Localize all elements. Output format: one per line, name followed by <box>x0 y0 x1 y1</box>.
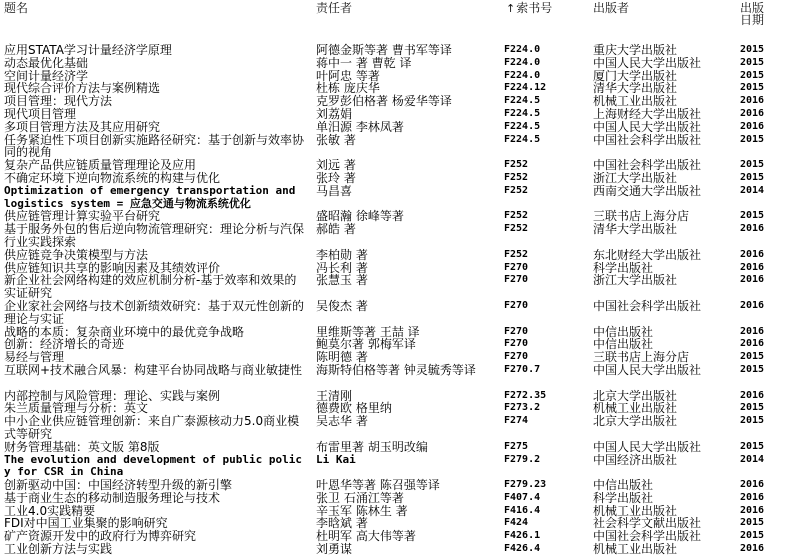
cell-author: 刘勇谋 <box>316 543 501 556</box>
column-header-date[interactable]: 出版日期 <box>740 2 770 26</box>
cell-callno: F252 <box>504 185 589 198</box>
cell-callno: F407.4 <box>504 492 589 505</box>
cell-title[interactable]: Optimization of emergency transportation… <box>4 185 304 211</box>
cell-callno: F274 <box>504 415 589 428</box>
cell-callno: F424 <box>504 517 589 530</box>
column-header-callno-label: 索书号 <box>516 1 552 15</box>
cell-date: 2016 <box>740 390 764 403</box>
cell-callno: F273.2 <box>504 402 589 415</box>
cell-title[interactable]: 创新驱动中国：中国经济转型升级的新引擎 <box>4 479 304 492</box>
cell-publisher: 浙江大学出版社 <box>593 172 733 185</box>
cell-author: 张玲 著 <box>316 172 501 185</box>
cell-date: 2016 <box>740 479 764 492</box>
table-row[interactable]: 互联网+技术融合风暴：构建平台协同战略与商业敏捷性海斯特伯格等著 钟灵毓秀等译F… <box>0 364 799 390</box>
table-row[interactable]: 易经与管理陈明德 著F270三联书店上海分店2015 <box>0 351 799 364</box>
cell-title[interactable]: 新企业社会网络构建的效应机制分析-基于效率和效果的实证研究 <box>4 274 304 300</box>
cell-date: 2015 <box>740 364 764 377</box>
cell-callno: F270 <box>504 326 589 339</box>
table-row[interactable]: Optimization of emergency transportation… <box>0 185 799 211</box>
cell-author: 张卫 石涌江等著 <box>316 492 501 505</box>
cell-author: 李柏勋 著 <box>316 249 501 262</box>
cell-callno: F224.0 <box>504 70 589 83</box>
cell-date: 2016 <box>740 505 764 518</box>
cell-publisher: 机械工业出版社 <box>593 543 733 556</box>
cell-publisher: 中国人民大学出版社 <box>593 57 733 70</box>
cell-title[interactable]: 应用STATA学习计量经济学原理 <box>4 44 304 57</box>
cell-publisher: 中国社会科学出版社 <box>593 300 733 313</box>
cell-title[interactable]: 供应链竞争决策模型与方法 <box>4 249 304 262</box>
cell-callno: F270 <box>504 300 589 313</box>
table-row[interactable]: 基于服务外包的售后逆向物流管理研究：理论分析与汽保行业实践探索郝皓 著F252清… <box>0 223 799 249</box>
cell-publisher: 重庆大学出版社 <box>593 44 733 57</box>
cell-title[interactable]: 现代项目管理 <box>4 108 304 121</box>
cell-date: 2014 <box>740 185 764 198</box>
cell-date: 2016 <box>740 326 764 339</box>
cell-publisher: 浙江大学出版社 <box>593 274 733 287</box>
table-row[interactable]: 矿产资源开发中的政府行为博弈研究杜明军 高大伟等著F426.1中国社会科学出版社… <box>0 530 799 543</box>
cell-date: 2016 <box>740 300 764 313</box>
cell-callno: F224.5 <box>504 121 589 134</box>
cell-callno: F416.4 <box>504 505 589 518</box>
cell-date: 2016 <box>740 223 764 236</box>
cell-date: 2016 <box>740 249 764 262</box>
table-row[interactable]: 动态最优化基础蒋中一 著 曹乾 译F224.0中国人民大学出版社2015 <box>0 57 799 70</box>
cell-date: 2015 <box>740 82 764 95</box>
cell-title[interactable]: 任务紧迫性下项目创新实施路径研究：基于创新与效率协同的视角 <box>4 134 304 160</box>
cell-publisher: 中国经济出版社 <box>593 454 733 467</box>
cell-author: 马昌喜 <box>316 185 501 198</box>
column-header-author[interactable]: 责任者 <box>316 2 352 14</box>
table-row[interactable]: 中小企业供应链管理创新：来自广泰源核动力5.0商业模式等研究吴志华 著F274北… <box>0 415 799 441</box>
cell-callno: F426.1 <box>504 530 589 543</box>
column-header-publisher[interactable]: 出版者 <box>593 2 629 14</box>
cell-author: 张慧玉 著 <box>316 274 501 287</box>
cell-author: 叶恩华等著 陈召强等译 <box>316 479 501 492</box>
cell-date: 2015 <box>740 159 764 172</box>
cell-author: 吴俊杰 著 <box>316 300 501 313</box>
cell-date: 2015 <box>740 70 764 83</box>
cell-date: 2016 <box>740 121 764 134</box>
cell-title[interactable]: 财务管理基础：英文版 第8版 <box>4 441 304 454</box>
cell-callno: F275 <box>504 441 589 454</box>
cell-author: 单汨源 李林凤著 <box>316 121 501 134</box>
cell-author: 蒋中一 著 曹乾 译 <box>316 57 501 70</box>
cell-callno: F270.7 <box>504 364 589 377</box>
cell-callno: F270 <box>504 274 589 287</box>
cell-date: 2016 <box>740 274 764 287</box>
column-header-callno[interactable]: ↑索书号 <box>506 2 552 15</box>
cell-callno: F270 <box>504 262 589 275</box>
cell-callno: F252 <box>504 249 589 262</box>
cell-date: 2015 <box>740 530 764 543</box>
table-row[interactable]: 任务紧迫性下项目创新实施路径研究：基于创新与效率协同的视角张敏 著F224.5中… <box>0 134 799 160</box>
table-row[interactable]: 基于商业生态的移动制造服务理论与技术张卫 石涌江等著F407.4科学出版社201… <box>0 492 799 505</box>
cell-callno: F224.0 <box>504 44 589 57</box>
cell-publisher: 北京大学出版社 <box>593 415 733 428</box>
cell-callno: F426.4 <box>504 543 589 556</box>
cell-publisher: 中国人民大学出版社 <box>593 121 733 134</box>
cell-author: 海斯特伯格等著 钟灵毓秀等译 <box>316 364 501 377</box>
table-row[interactable]: 创新驱动中国：中国经济转型升级的新引擎叶恩华等著 陈召强等译F279.23中信出… <box>0 479 799 492</box>
cell-title[interactable]: 易经与管理 <box>4 351 304 364</box>
cell-publisher: 科学出版社 <box>593 492 733 505</box>
table-row[interactable]: The evolution and development of public … <box>0 454 799 480</box>
cell-callno: F224.12 <box>504 82 589 95</box>
cell-date: 2015 <box>740 517 764 530</box>
cell-author: 刘荔娟 <box>316 108 501 121</box>
cell-callno: F252 <box>504 223 589 236</box>
cell-publisher: 清华大学出版社 <box>593 223 733 236</box>
cell-author: 吴志华 著 <box>316 415 501 428</box>
cell-publisher: 上海财经大学出版社 <box>593 108 733 121</box>
cell-title[interactable]: The evolution and development of public … <box>4 454 304 480</box>
cell-author: 布雷里著 胡玉明改编 <box>316 441 501 454</box>
cell-author: 阿德金斯等著 曹书军等译 <box>316 44 501 57</box>
cell-title[interactable]: 互联网+技术融合风暴：构建平台协同战略与商业敏捷性 <box>4 364 304 377</box>
table-row[interactable]: 应用STATA学习计量经济学原理阿德金斯等著 曹书军等译F224.0重庆大学出版… <box>0 44 799 57</box>
cell-callno: F279.2 <box>504 454 589 467</box>
cell-date: 2016 <box>740 95 764 108</box>
cell-date: 2014 <box>740 454 764 467</box>
table-row[interactable]: 供应链竞争决策模型与方法李柏勋 著F252东北财经大学出版社2016 <box>0 249 799 262</box>
cell-publisher: 东北财经大学出版社 <box>593 249 733 262</box>
cell-title[interactable]: 企业家社会网络与技术创新绩效研究：基于双元性创新的理论与实证 <box>4 300 304 326</box>
cell-date: 2015 <box>740 351 764 364</box>
cell-callno: F252 <box>504 172 589 185</box>
table-row[interactable]: 现代项目管理刘荔娟F224.5上海财经大学出版社2016 <box>0 108 799 121</box>
cell-date: 2016 <box>740 492 764 505</box>
cell-callno: F272.35 <box>504 390 589 403</box>
cell-date: 2015 <box>740 441 764 454</box>
cell-date: 2015 <box>740 134 764 147</box>
cell-callno: F270 <box>504 338 589 351</box>
cell-callno: F279.23 <box>504 479 589 492</box>
results-table: 应用STATA学习计量经济学原理阿德金斯等著 曹书军等译F224.0重庆大学出版… <box>0 44 799 556</box>
cell-title[interactable]: 基于服务外包的售后逆向物流管理研究：理论分析与汽保行业实践探索 <box>4 223 304 249</box>
cell-callno: F224.5 <box>504 134 589 147</box>
cell-title[interactable]: 基于商业生态的移动制造服务理论与技术 <box>4 492 304 505</box>
cell-title[interactable]: 不确定环境下逆向物流系统的构建与优化 <box>4 172 304 185</box>
table-header: 题名 责任者 ↑索书号 出版者 出版日期 <box>0 0 799 40</box>
table-row[interactable]: 多项目管理方法及其应用研究单汨源 李林凤著F224.5中国人民大学出版社2016 <box>0 121 799 134</box>
cell-callno: F224.5 <box>504 108 589 121</box>
sort-ascending-icon: ↑ <box>506 2 515 15</box>
cell-date: 2016 <box>740 262 764 275</box>
cell-date: 2016 <box>740 338 764 351</box>
cell-title[interactable]: 工业创新方法与实践 <box>4 543 304 556</box>
cell-publisher: 中国人民大学出版社 <box>593 364 733 377</box>
cell-date: 2016 <box>740 108 764 121</box>
cell-date: 2015 <box>740 415 764 428</box>
cell-callno: F224.0 <box>504 57 589 70</box>
cell-publisher: 三联书店上海分店 <box>593 351 733 364</box>
cell-date: 2015 <box>740 210 764 223</box>
cell-author: 张敏 著 <box>316 134 501 147</box>
cell-date: 2015 <box>740 57 764 70</box>
table-row[interactable]: 企业家社会网络与技术创新绩效研究：基于双元性创新的理论与实证吴俊杰 著F270中… <box>0 300 799 326</box>
cell-title[interactable]: 动态最优化基础 <box>4 57 304 70</box>
cell-publisher: 中信出版社 <box>593 479 733 492</box>
cell-publisher: 中国社会科学出版社 <box>593 134 733 147</box>
column-header-title[interactable]: 题名 <box>4 2 28 14</box>
cell-title[interactable]: 中小企业供应链管理创新：来自广泰源核动力5.0商业模式等研究 <box>4 415 304 441</box>
cell-author: 郝皓 著 <box>316 223 501 236</box>
table-row[interactable]: 工业创新方法与实践刘勇谋F426.4机械工业出版社2016 <box>0 543 799 556</box>
table-row[interactable]: 新企业社会网络构建的效应机制分析-基于效率和效果的实证研究张慧玉 著F270浙江… <box>0 274 799 300</box>
cell-publisher: 中国人民大学出版社 <box>593 441 733 454</box>
cell-date: 2015 <box>740 172 764 185</box>
cell-callno: F224.5 <box>504 95 589 108</box>
cell-callno: F270 <box>504 351 589 364</box>
cell-callno: F252 <box>504 210 589 223</box>
table-row[interactable]: 不确定环境下逆向物流系统的构建与优化张玲 著F252浙江大学出版社2015 <box>0 172 799 185</box>
table-row[interactable]: 财务管理基础：英文版 第8版布雷里著 胡玉明改编F275中国人民大学出版社201… <box>0 441 799 454</box>
cell-author: Li Kai <box>316 454 501 467</box>
cell-date: 2015 <box>740 44 764 57</box>
cell-publisher: 西南交通大学出版社 <box>593 185 733 198</box>
cell-callno: F252 <box>504 159 589 172</box>
cell-date: 2016 <box>740 543 764 556</box>
cell-date: 2015 <box>740 402 764 415</box>
cell-author: 陈明德 著 <box>316 351 501 364</box>
cell-title[interactable]: 多项目管理方法及其应用研究 <box>4 121 304 134</box>
